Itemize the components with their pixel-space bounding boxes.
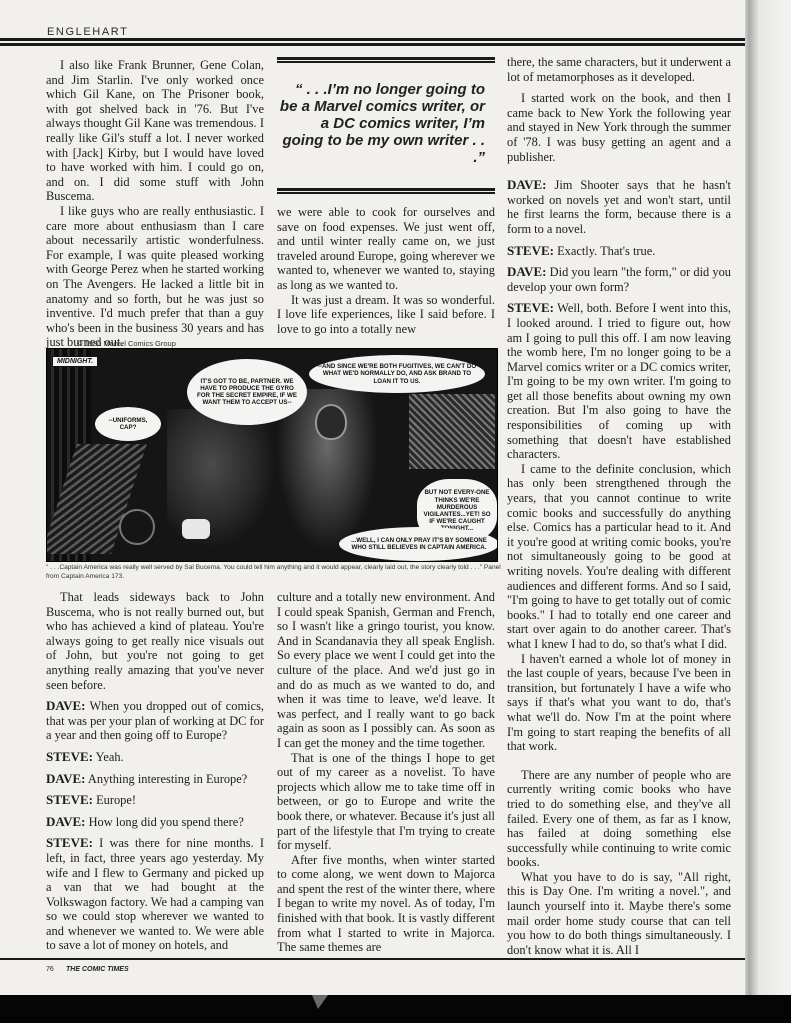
panel-fist-drawing (182, 519, 210, 539)
paragraph: What you have to do is say, "All right, … (507, 870, 731, 958)
speech-text: Yeah. (96, 750, 124, 764)
speech-bubble: IT'S GOT TO BE, PARTNER. WE HAVE TO PROD… (187, 359, 307, 425)
paragraph: It was just a dream. It was so wonderful… (277, 293, 495, 337)
pull-quote-box: “ . . .I’m no longer going to be a Marve… (277, 57, 495, 197)
pull-quote-rule-bottom (277, 188, 495, 195)
panel-cap-helmet (315, 404, 347, 440)
paragraph: I started work on the book, and then I c… (507, 91, 731, 164)
speaker-label: STEVE: (507, 243, 554, 258)
speaker-label: STEVE: (46, 835, 93, 850)
paragraph: That is one of the things I hope to get … (277, 751, 495, 853)
speaker-label: DAVE: (46, 814, 86, 829)
paragraph: There are any number of people who are c… (507, 768, 731, 870)
running-header: ENGLEHART (47, 26, 128, 38)
interview-exchange: STEVE: I was there for nine months. I le… (46, 836, 264, 953)
speech-bubble: --AND SINCE WE'RE BOTH FUGITIVES, WE CAN… (309, 355, 485, 393)
page-binding-gutter (745, 0, 791, 995)
page-number: 76 (46, 966, 54, 973)
paragraph: I like guys who are really enthusiastic.… (46, 204, 264, 350)
paragraph: we were able to cook for ourselves and s… (277, 205, 495, 293)
interview-exchange: DAVE: How long did you spend there? (46, 815, 264, 830)
interview-exchange: DAVE: Anything interesting in Europe? (46, 772, 264, 787)
comic-panel-image: MIDNIGHT. --UNIFORMS, CAP? IT'S GOT TO B… (46, 348, 498, 562)
interview-exchange: STEVE: Well, both. Before I went into th… (507, 301, 731, 462)
paragraph: culture and a totally new environment. A… (277, 590, 495, 751)
panel-wheel-drawing (119, 509, 155, 545)
speech-text: I was there for nine months. I left, in … (46, 836, 264, 952)
speaker-label: DAVE: (46, 698, 86, 713)
interview-exchange: DAVE: Did you learn "the form," or did y… (507, 265, 731, 294)
speech-text: How long did you spend there? (89, 815, 244, 829)
publication-name: THE COMIC TIMES (66, 966, 129, 973)
interview-exchange: DAVE: When you dropped out of comics, th… (46, 699, 264, 743)
speaker-label: STEVE: (46, 749, 93, 764)
magazine-page: ENGLEHART I also like Frank Brunner, Gen… (0, 0, 745, 995)
panel-caption: " . . .Captain America was really well s… (46, 564, 501, 581)
speech-text: Europe! (96, 793, 136, 807)
paragraph: I haven't earned a whole lot of money in… (507, 652, 731, 754)
interview-exchange: DAVE: Jim Shooter says that he hasn't wo… (507, 178, 731, 236)
column-2-bottom: culture and a totally new environment. A… (277, 590, 495, 955)
column-3: there, the same characters, but it under… (507, 55, 731, 957)
footer-rule (0, 958, 791, 960)
scan-marker-triangle (312, 995, 328, 1009)
header-double-rule (0, 38, 791, 47)
speaker-label: STEVE: (46, 792, 93, 807)
speaker-label: DAVE: (507, 177, 547, 192)
speaker-label: DAVE: (46, 771, 86, 786)
column-1-bottom: That leads sideways back to John Buscema… (46, 590, 264, 953)
paragraph: That leads sideways back to John Buscema… (46, 590, 264, 692)
interview-exchange: STEVE: Yeah. (46, 750, 264, 765)
panel-caption-box: MIDNIGHT. (52, 356, 98, 367)
column-1-top: I also like Frank Brunner, Gene Colan, a… (46, 58, 264, 350)
scan-bottom-edge (0, 995, 791, 1023)
speech-text: Anything interesting in Europe? (88, 772, 247, 786)
column-2-top: we were able to cook for ourselves and s… (277, 205, 495, 336)
panel-copyright: © 1980 Marvel Comics Group (77, 339, 176, 348)
speech-text: Exactly. That's true. (557, 244, 655, 258)
panel-crowd-drawing (409, 394, 495, 469)
pull-quote: “ . . .I’m no longer going to be a Marve… (277, 81, 485, 166)
interview-exchange: STEVE: Exactly. That's true. (507, 244, 731, 259)
pull-quote-rule-top (277, 57, 495, 64)
speaker-label: STEVE: (507, 300, 554, 315)
speech-bubble: ...WELL, I CAN ONLY PRAY IT'S BY SOMEONE… (339, 527, 498, 561)
speech-text: Well, both. Before I went into this, I l… (507, 301, 731, 461)
paragraph: I also like Frank Brunner, Gene Colan, a… (46, 58, 264, 204)
speaker-label: DAVE: (507, 264, 547, 279)
paragraph: After five months, when winter started t… (277, 853, 495, 955)
speech-bubble: --UNIFORMS, CAP? (95, 407, 161, 441)
paragraph: there, the same characters, but it under… (507, 55, 731, 84)
interview-exchange: STEVE: Europe! (46, 793, 264, 808)
paragraph: I came to the definite conclusion, which… (507, 462, 731, 652)
